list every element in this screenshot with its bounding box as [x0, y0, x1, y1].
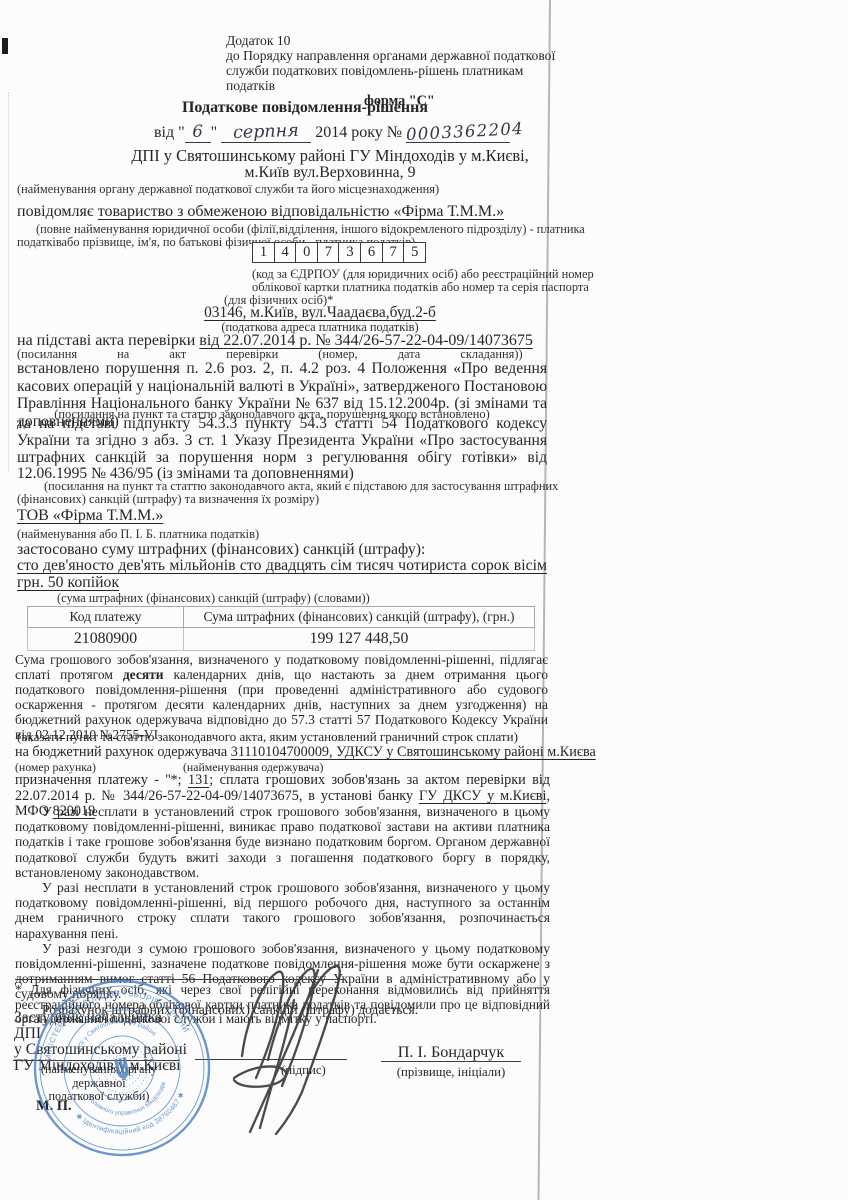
stamp-ring-top-text: ДПІ у Святошинському районі: [71, 1010, 159, 1054]
issuer-name: ДПІ у Святошинському районі ГУ Міндоході…: [20, 146, 640, 166]
terms-caption: (вказати пункт та статтю законодавчого а…: [17, 729, 518, 745]
payment-code-cell: 21080900: [28, 628, 184, 651]
order-reference: до Порядку направлення органами державно…: [226, 48, 558, 93]
payer-caption: (найменування або П. І. Б. платника пода…: [17, 527, 259, 542]
trident-emblem: [114, 1057, 130, 1081]
purpose-part1: призначення платежу - ''*;: [15, 772, 188, 788]
appendix-label: Додаток 10: [226, 33, 558, 48]
edrpou-digit: 7: [317, 242, 340, 263]
signature-scrawl: [198, 960, 408, 1145]
edrpou-digit: 7: [382, 242, 405, 263]
handwritten-day: 6: [192, 122, 203, 141]
issuer-caption: (найменування органу державної податково…: [17, 182, 439, 197]
terms-bold: десяти: [123, 667, 164, 682]
issuer-address: м.Київ вул.Верховинна, 9: [20, 164, 640, 182]
account-line: на бюджетний рахунок одержувача 31110104…: [15, 744, 596, 761]
payments-table: Код платежу Сума штрафних (фінансових) с…: [27, 606, 535, 651]
date-year: 2014 року №: [315, 124, 402, 141]
date-quote: ": [211, 124, 218, 141]
svg-text:ДПІ у Святошинському районі: ДПІ у Святошинському районі: [71, 1010, 159, 1054]
edrpou-box: 14073675: [252, 242, 425, 263]
account-value: 31110104700009, УДКСУ у Святошинському р…: [231, 744, 596, 760]
amount-cell: 199 127 448,50: [184, 628, 535, 651]
clause-paragraph: У разі несплати в установлений строк гро…: [15, 880, 550, 941]
purpose-bank: ГУ ДКСУ у м.Києві: [419, 788, 546, 804]
edrpou-digit: 5: [403, 242, 426, 263]
date-prefix: від ": [154, 124, 185, 141]
table-header-amount: Сума штрафних (фінансових) санкцій (штра…: [184, 607, 535, 628]
clause-paragraph: У разі несплати в установлений строк гро…: [15, 804, 550, 880]
amount-in-words: сто дев'яносто дев'ять мільйонів сто два…: [17, 557, 547, 592]
purpose-code: 131: [188, 772, 209, 788]
corner-artifact: [2, 38, 8, 54]
payer-short-name: ТОВ «Фірма Т.М.М.»: [17, 507, 163, 525]
notify-prefix: повідомляє: [17, 203, 94, 220]
handwritten-month: серпня: [233, 121, 299, 143]
edrpou-digit: 3: [338, 242, 361, 263]
edrpou-digit: 4: [274, 242, 297, 263]
edrpou-digit: 0: [295, 242, 318, 263]
payer-full-name: товариство з обмеженою відповідальністю …: [98, 203, 504, 220]
decision-number: 0003362204: [406, 119, 525, 144]
edrpou-digit: 6: [360, 242, 383, 263]
account-prefix: на бюджетний рахунок одержувача: [15, 744, 231, 760]
table-header-code: Код платежу: [28, 607, 184, 628]
basis-paragraph: та на підставі підпункту 54.3.3 пункту 5…: [17, 416, 547, 483]
basis-caption-2: (фінансових) санкцій (штрафу) та визначе…: [17, 492, 319, 507]
penalty-caption: (сума штрафних (фінансових) санкцій (штр…: [57, 591, 370, 606]
page-title: Податкове повідомлення-рішення: [0, 99, 610, 117]
fold-line: [8, 92, 9, 472]
notify-line: повідомляє товариство з обмеженою відпов…: [17, 203, 504, 221]
edrpou-digit: 1: [252, 242, 275, 263]
document-page: Додаток 10 до Порядку направлення органа…: [0, 0, 848, 1200]
appendix-header: Додаток 10 до Порядку направлення органа…: [226, 33, 558, 109]
date-line: від "6" серпня 2014 року № 0003362204: [154, 122, 510, 143]
